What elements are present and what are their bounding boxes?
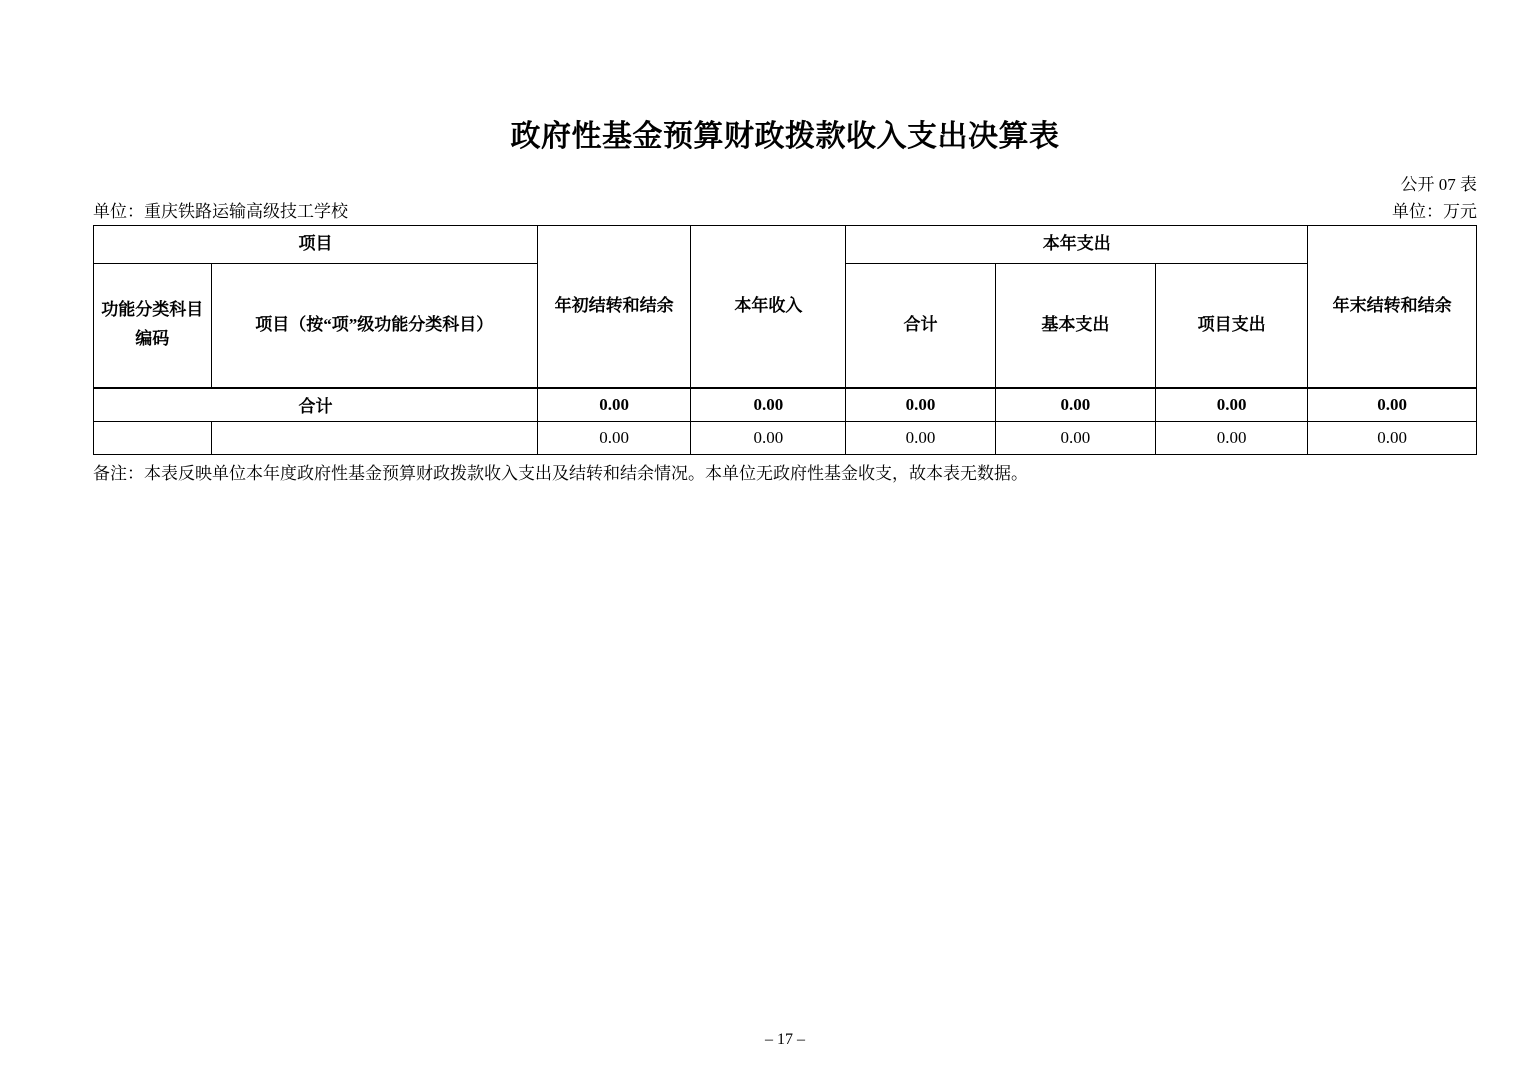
header-expenditure-group: 本年支出 bbox=[846, 226, 1308, 264]
value-cell: 0.00 bbox=[1156, 388, 1308, 422]
unit-measure-label: 单位：万元 bbox=[1392, 201, 1477, 222]
header-row-groups: 项目 年初结转和结余 本年收入 本年支出 年末结转和结余 bbox=[94, 226, 1477, 264]
value-cell: 0.00 bbox=[846, 388, 995, 422]
unit-info-row: 单位：重庆铁路运输高级技工学校 单位：万元 bbox=[93, 201, 1477, 222]
header-project-item: 项目（按“项”级功能分类科目） bbox=[211, 264, 537, 388]
value-cell: 0.00 bbox=[1156, 422, 1308, 455]
header-opening-balance: 年初结转和结余 bbox=[537, 226, 691, 388]
value-cell: 0.00 bbox=[1308, 388, 1477, 422]
header-function-code: 功能分类科目编码 bbox=[94, 264, 212, 388]
header-expenditure-total: 合计 bbox=[846, 264, 995, 388]
page-number: – 17 – bbox=[93, 1031, 1477, 1049]
value-cell: 0.00 bbox=[537, 422, 691, 455]
document-content: 政府性基金预算财政拨款收入支出决算表 公开 07 表 单位：重庆铁路运输高级技工… bbox=[0, 0, 1515, 485]
value-cell: 0.00 bbox=[691, 388, 846, 422]
unit-name-label: 单位：重庆铁路运输高级技工学校 bbox=[93, 201, 348, 222]
item-cell bbox=[211, 422, 537, 455]
value-cell: 0.00 bbox=[691, 422, 846, 455]
header-project-expenditure: 项目支出 bbox=[1156, 264, 1308, 388]
table-number-label: 公开 07 表 bbox=[93, 175, 1477, 195]
table-row-detail: 0.00 0.00 0.00 0.00 0.00 0.00 bbox=[94, 422, 1477, 455]
header-project-group: 项目 bbox=[94, 226, 538, 264]
code-cell bbox=[94, 422, 212, 455]
value-cell: 0.00 bbox=[995, 388, 1155, 422]
total-row-label: 合计 bbox=[94, 388, 538, 422]
header-basic-expenditure: 基本支出 bbox=[995, 264, 1155, 388]
header-current-income: 本年收入 bbox=[691, 226, 846, 388]
value-cell: 0.00 bbox=[537, 388, 691, 422]
table-row-total: 合计 0.00 0.00 0.00 0.00 0.00 0.00 bbox=[94, 388, 1477, 422]
fiscal-table: 项目 年初结转和结余 本年收入 本年支出 年末结转和结余 功能分类科目编码 项目… bbox=[93, 225, 1477, 455]
value-cell: 0.00 bbox=[846, 422, 995, 455]
header-closing-balance: 年末结转和结余 bbox=[1308, 226, 1477, 388]
document-page: 政府性基金预算财政拨款收入支出决算表 公开 07 表 单位：重庆铁路运输高级技工… bbox=[0, 0, 1515, 1069]
footnote: 备注：本表反映单位本年度政府性基金预算财政拨款收入支出及结转和结余情况。本单位无… bbox=[93, 463, 1477, 485]
value-cell: 0.00 bbox=[995, 422, 1155, 455]
value-cell: 0.00 bbox=[1308, 422, 1477, 455]
page-title: 政府性基金预算财政拨款收入支出决算表 bbox=[93, 0, 1477, 153]
